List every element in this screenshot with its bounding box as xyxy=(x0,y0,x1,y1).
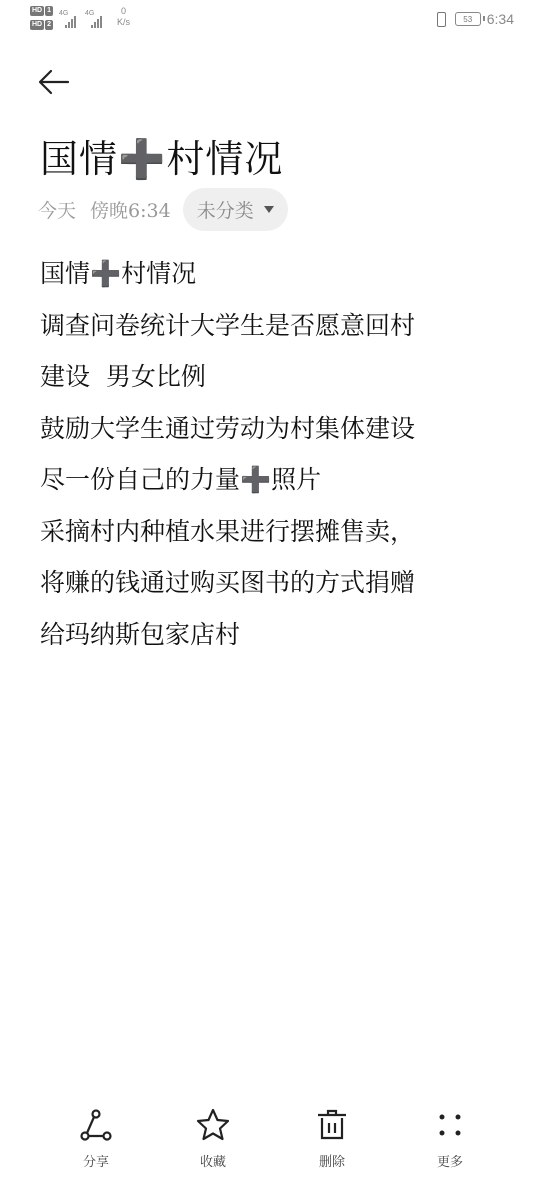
category-dropdown[interactable]: 未分类 xyxy=(183,188,288,231)
signal-2-icon: 4G xyxy=(85,10,105,28)
clock: 6:34 xyxy=(487,11,514,27)
sim1-hd-icon: HD1 xyxy=(30,6,53,16)
favorite-button[interactable]: 收藏 xyxy=(183,1105,243,1170)
note-line: 给玛纳斯包家店村 xyxy=(40,609,520,661)
note-line: 调查问卷统计大学生是否愿意回村 xyxy=(40,300,520,352)
plus-emoji: ➕ xyxy=(118,136,166,182)
note-title[interactable]: 国情➕村情况 xyxy=(40,128,283,183)
share-icon xyxy=(76,1105,116,1145)
bottom-toolbar: 分享 收藏 删除 更多 xyxy=(0,1105,548,1175)
network-speed: 0 K/s xyxy=(117,6,130,28)
note-line: 建设 男女比例 xyxy=(40,351,520,403)
note-line: 鼓励大学生通过劳动为村集体建设 xyxy=(40,403,520,455)
arrow-left-icon xyxy=(36,64,72,100)
category-label: 未分类 xyxy=(197,196,254,223)
note-date: 今天 xyxy=(38,196,76,223)
back-button[interactable] xyxy=(36,64,72,100)
note-body[interactable]: 国情➕村情况 调查问卷统计大学生是否愿意回村 建设 男女比例 鼓励大学生通过劳动… xyxy=(40,248,520,660)
note-line: 采摘村内种植水果进行摆摊售卖， xyxy=(40,506,520,558)
note-line: 尽一份自己的力量➕照片 xyxy=(40,454,520,506)
share-button[interactable]: 分享 xyxy=(66,1105,126,1170)
delete-button[interactable]: 删除 xyxy=(302,1105,362,1170)
battery-icon: 53 xyxy=(455,12,481,26)
note-time: 傍晚6:34 xyxy=(90,196,171,223)
note-meta: 今天 傍晚6:34 未分类 xyxy=(38,188,288,231)
note-line: 将赚的钱通过购买图书的方式捐赠 xyxy=(40,557,520,609)
more-dots-icon xyxy=(430,1105,470,1145)
signal-1-icon: 4G xyxy=(59,10,79,28)
vibrate-icon xyxy=(433,12,449,26)
caret-down-icon xyxy=(264,206,274,213)
status-bar: HD1 HD2 4G 4G 0 K/s 53 6:34 xyxy=(0,0,548,40)
more-button[interactable]: 更多 xyxy=(420,1105,480,1170)
sim2-hd-icon: HD2 xyxy=(30,20,53,30)
trash-icon xyxy=(312,1105,352,1145)
note-line: 国情➕村情况 xyxy=(40,248,520,300)
star-icon xyxy=(193,1105,233,1145)
